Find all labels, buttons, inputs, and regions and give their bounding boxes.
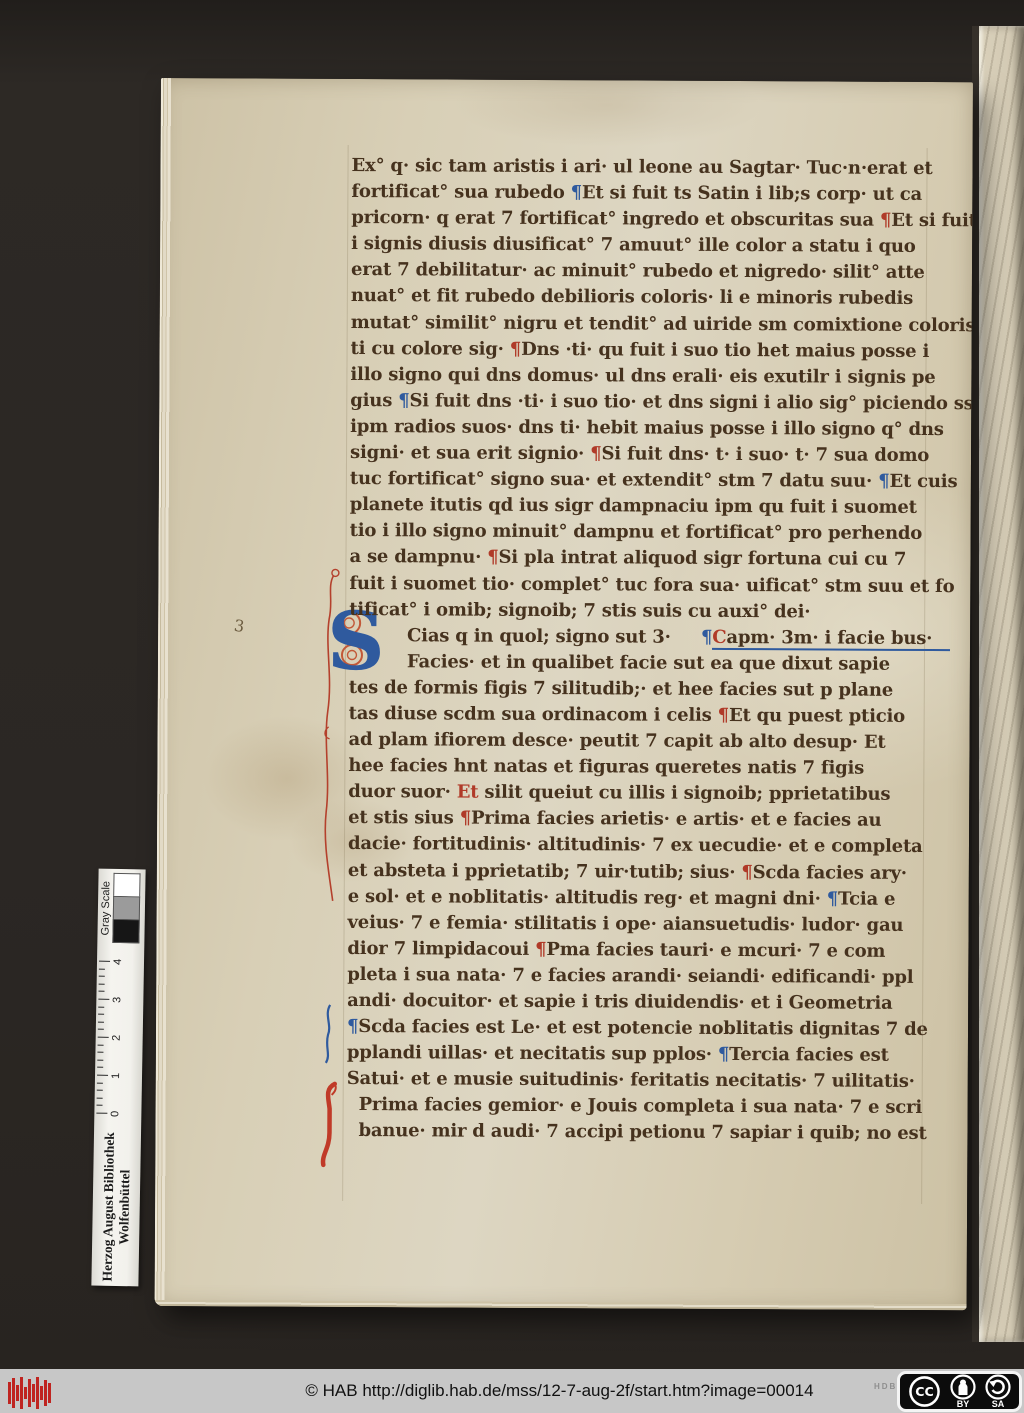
manuscript-line: tificat° i omib; signoib; 7 stis suis cu… [349,597,973,626]
manuscript-line: Cias q in quol; signo sut 3· ¶Capm· 3m· … [349,623,973,652]
manuscript-line: tas diuse scdm sua ordinacom i celis ¶Et… [349,701,973,730]
ruler-tick-minor [98,1014,104,1015]
manuscript-line: pplandi uillas· et necitatis sup pplos· … [347,1040,973,1069]
manuscript-line: et absteta i pprietatib; 7 uir·tutib; si… [348,858,973,887]
ruler-tick-minor [99,976,105,977]
gray-scale-patches: Gray Scale [97,869,145,949]
ruler-tick-minor [97,1082,103,1083]
manuscript-line: ¶Scda facies est Le· et est potencie nob… [347,1014,973,1043]
institution-label: Herzog August Bibliothek Wolfenbüttel [91,1128,141,1287]
manuscript-line: Prima facies gemior· e Jouis completa i … [347,1092,973,1121]
manuscript-line: hee facies hnt natas et figuras queretes… [348,753,973,782]
manuscript-line: i signis diusis diusificat° 7 amuut° ill… [351,231,973,260]
ruler-number: 1 [110,1073,122,1079]
ruler-number: 2 [111,1035,123,1041]
manuscript-line: dior 7 limpidacoui ¶Pma facies tauri· e … [347,936,973,965]
registration-mark-icon [8,1376,52,1410]
manuscript-line: fortificat° sua rubedo ¶Et si fuit ts Sa… [351,179,973,208]
manuscript-line: andi· docuitor· et sapie i tris diuidend… [347,988,973,1017]
manuscript-line: planete itutis qd ius sigr dampnaciu ipm… [350,492,973,521]
blue-paraph-flourish-icon [321,1003,335,1065]
ruler-number: 4 [112,959,124,965]
copyright-url: © HAB http://diglib.hab.de/mss/12-7-aug-… [95,1369,1024,1413]
text-block: Ex° q· sic tam aristis i ari· ul leone a… [346,153,973,1148]
manuscript-line: erat 7 debilitatur· ac minuit° rubedo et… [351,257,973,286]
ruler-tick [98,999,109,1000]
ruler-tick-minor [99,983,105,984]
facing-page-edge [979,26,1024,1342]
ruler-tick-minor [98,1021,104,1022]
ruler-tick [99,961,110,962]
manuscript-line: ad plam ifiorem desce· peutit 7 capit ab… [348,727,973,756]
ruler-tick-minor [96,1105,102,1106]
ruler-tick-minor [97,1090,103,1091]
manuscript-line: nuat° et fit rubedo debilioris coloris· … [351,283,973,312]
gray-patch-black [112,919,139,943]
manuscript-line: illo signo qui dns domus· ul dns erali· … [350,362,973,391]
manuscript-line: pricorn· q erat 7 fortificat° ingredo et… [351,205,973,234]
manuscript-line: ipm radios suos· dns ti· hebit maius pos… [350,414,973,443]
digitized-manuscript-viewer: { "manuscript": { "margin_quire_mark": "… [0,0,1024,1413]
manuscript-line: pleta i sua nata· 7 e facies arandi· sei… [347,962,973,991]
quire-mark: 3 [233,616,246,636]
gray-patch-mid [113,896,140,919]
print-mark: HDB [874,1382,897,1391]
ruler-tick-minor [97,1059,103,1060]
manuscript-line: e sol· et e noblitatis· altitudis reg· e… [348,884,973,913]
red-initial-flourish [318,1081,340,1169]
ruler-tick-minor [99,968,105,969]
manuscript-line: Satui· et e musie suitudinis· feritatis … [347,1066,973,1095]
cc-by-icon [950,1374,976,1400]
calibration-strip: Herzog August Bibliothek Wolfenbüttel 01… [91,869,145,1287]
ruler-tick-minor [98,1044,104,1045]
ruler-tick-minor [97,1052,103,1053]
ruler-tick-minor [97,1097,103,1098]
ruler-tick-minor [98,1029,104,1030]
manuscript-line: Ex° q· sic tam aristis i ari· ul leone a… [351,153,973,182]
manuscript-line: mutat° similit° nigru et tendit° ad uiri… [351,310,973,339]
gray-scale-label: Gray Scale [99,881,112,936]
manuscript-page: 3 S Ex° q· sic tam aristis i ari· ul leo… [155,78,973,1310]
stacked-page-edges [155,78,175,1306]
stacked-page-edges-bottom [155,1296,967,1310]
ruler-tick [98,1037,109,1038]
cm-ruler: 01234 [94,948,144,1129]
manuscript-line: tio i illo signo minuit° dampnu et forti… [350,518,973,547]
manuscript-line: tuc fortificat° signo sua· et extendit° … [350,466,973,495]
manuscript-line: duor suor· Et silit queiut cu illis i si… [348,779,973,808]
ruler-number: 3 [111,997,123,1003]
ruler-tick-minor [98,991,104,992]
ruler-tick [96,1113,107,1114]
ruler-tick-minor [98,1006,104,1007]
cc-sa-icon [985,1374,1011,1400]
ruler-tick [97,1075,108,1076]
cc-license-badge[interactable]: CC BY SA [897,1371,1022,1412]
manuscript-line: banue· mir d audi· 7 accipi petionu 7 sa… [346,1118,972,1147]
ruler-tick-minor [97,1067,103,1068]
manuscript-line: fuit i suomet tio· complet° tuc fora sua… [349,570,973,599]
manuscript-line: tes de formis figis 7 silitudib;· et hee… [349,675,973,704]
manuscript-line: ti cu colore sig· ¶Dns ·ti· qu fuit i su… [351,336,973,365]
sa-label: SA [992,1400,1005,1409]
manuscript-line: signi· et sua erit signio· ¶Si fuit dns·… [350,440,973,469]
by-label: BY [957,1400,970,1409]
manuscript-line: et stis sius ¶Prima facies arietis· e ar… [348,805,973,834]
manuscript-line: veius· 7 e femia· stilitatis i ope· aian… [348,910,973,939]
gray-patch-white [113,873,140,896]
manuscript-line: gius ¶Si fuit dns ·ti· i suo tio· et dns… [350,388,973,417]
manuscript-line: Facies· et in qualibet facie sut ea que … [349,649,973,678]
manuscript-line: dacie· fortitudinis· altitudinis· 7 ex u… [348,831,973,860]
cc-icon: CC [908,1375,941,1408]
ruler-number: 0 [109,1111,121,1117]
manuscript-line: a se dampnu· ¶Si pla intrat aliquod sigr… [349,544,973,573]
svg-text:CC: CC [915,1384,934,1399]
